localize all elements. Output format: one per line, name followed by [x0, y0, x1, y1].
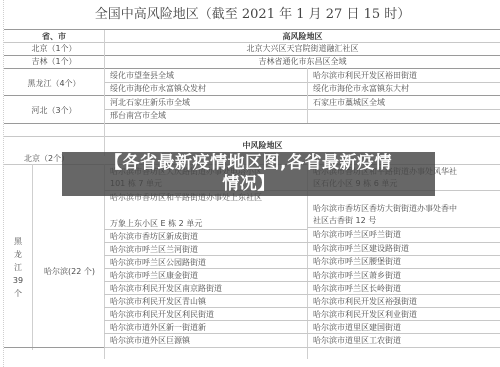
column-header-mid-risk: 中风险地区	[104, 140, 421, 151]
high-risk-area: 石家庄市藁城区全域	[313, 97, 500, 108]
headline-overlay-text[interactable]: 【各省最新疫情地区图,各省最新疫情 情况】	[62, 153, 435, 195]
mid-risk-area: 哈尔滨市呼兰区兰河街道	[110, 244, 305, 255]
mid-risk-area: 哈尔滨市呼兰区建设路街道	[313, 243, 500, 254]
mid-risk-area: 哈尔滨市道里区建国街道	[313, 322, 500, 333]
high-risk-area: 哈尔滨市利民开发区裕田街道	[313, 70, 500, 81]
headline-line-2: 情况】	[62, 174, 435, 195]
province-heilongjiang: 黑龙江（4个）	[4, 78, 104, 89]
mid-risk-area: 社区古香街 12 号	[313, 215, 500, 226]
high-risk-area: 北京大兴区天宫院街道融汇社区	[104, 43, 500, 54]
mid-risk-area: 哈尔滨市呼兰区腰堡街道	[313, 256, 500, 267]
high-risk-area: 吉林省通化市东昌区全域	[104, 56, 500, 67]
mid-risk-area: 哈尔滨市香坊区新成街道	[110, 231, 305, 242]
mid-risk-area: 哈尔滨市道里区工农街道	[313, 335, 500, 346]
column-header-province: 省、市	[4, 31, 104, 42]
mid-risk-area: 哈尔滨市利民开发区裕强街道	[313, 296, 500, 307]
high-risk-area: 河北石家庄新乐市全域	[110, 97, 305, 108]
high-risk-area: 绥化市海伦市永富镇东大村	[313, 83, 500, 94]
mid-risk-area: 哈尔滨市利民开发区青山镇	[110, 296, 305, 307]
high-risk-area: 邢台南宫市全域	[110, 110, 305, 121]
column-header-high-risk: 高风险地区	[104, 31, 500, 42]
mid-risk-area: 万象上东小区 E 栋 2 单元	[110, 218, 305, 229]
mid-risk-area: 哈尔滨市呼兰区萧乡街道	[313, 270, 500, 281]
mid-risk-area: 哈尔滨市道外区新一街道新	[110, 322, 305, 333]
mid-risk-area: 哈尔滨市利民开发区南京路街道	[110, 283, 305, 294]
mid-risk-area: 哈尔滨市呼兰区康金街道	[110, 270, 305, 281]
city-harbin: 哈尔滨(22 个)	[32, 266, 107, 277]
province-beijing: 北京（1个）	[4, 43, 104, 54]
headline-line-1: 【各省最新疫情地区图,各省最新疫情	[62, 153, 435, 174]
high-risk-area: 绥化市海伦市永富镇众发村	[110, 83, 305, 94]
mid-risk-area: 哈尔滨市呼兰区呼兰街道	[313, 229, 500, 240]
mid-risk-area: 哈尔滨市利民开发区利业街道	[313, 309, 500, 320]
province-heilongjiang-mid: 黑 龙 江 39 个	[4, 235, 32, 300]
province-jilin: 吉林（1个）	[4, 56, 104, 67]
mid-risk-area: 哈尔滨市利民开发区利民街道	[110, 309, 305, 320]
table-title: 全国中高风险地区（截至 2021 年 1 月 27 日 15 时）	[4, 0, 500, 30]
province-hebei: 河北（3个）	[4, 105, 104, 116]
mid-risk-area: 哈尔滨市呼兰区公园路街道	[110, 257, 305, 268]
mid-risk-area: 哈尔滨市道外区巨源镇	[110, 335, 305, 346]
mid-risk-area: 哈尔滨市香坊区香坊大街街道办事处香中	[313, 203, 500, 214]
high-risk-area: 绥化市望奎县全域	[110, 70, 305, 81]
mid-risk-area: 哈尔滨市呼兰区长岭街道	[313, 283, 500, 294]
